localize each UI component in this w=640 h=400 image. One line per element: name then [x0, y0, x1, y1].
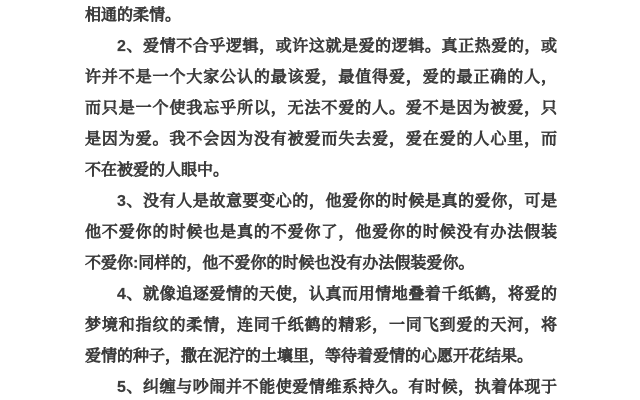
text-block: 相通的柔情。2、爱情不合乎逻辑，或许这就是爱的逻辑。真正热爱的，或许并不是一个大… — [85, 0, 557, 400]
text-line: 梦境和指纹的柔情，连同千纸鹤的精彩，一同飞到爱的天河，将 — [85, 310, 557, 341]
text-line: 不爱你:同样的，他不爱你的时候也没有办法假装爱你。 — [85, 248, 557, 279]
text-line: 不在被爱的人眼中。 — [85, 155, 557, 186]
text-line: 5、纠缠与吵闹并不能使爱情维系持久。有时候，执着体现于 — [85, 372, 557, 400]
text-line: 爱情的种子，撒在泥泞的土壤里，等待着爱情的心愿开花结果。 — [85, 341, 557, 372]
text-line: 相通的柔情。 — [85, 0, 557, 31]
text-line: 是因为爱。我不会因为没有被爱而失去爱，爱在爱的人心里，而 — [85, 124, 557, 155]
text-line: 而只是一个使我忘乎所以，无法不爱的人。爱不是因为被爱，只 — [85, 93, 557, 124]
text-line: 许并不是一个大家公认的最该爱，最值得爱，爱的最正确的人， — [85, 62, 557, 93]
text-line: 4、就像追逐爱情的天使，认真而用情地叠着千纸鹤，将爱的 — [85, 279, 557, 310]
text-line: 3、没有人是故意要变心的，他爱你的时候是真的爱你，可是 — [85, 186, 557, 217]
document-page: 相通的柔情。2、爱情不合乎逻辑，或许这就是爱的逻辑。真正热爱的，或许并不是一个大… — [0, 0, 640, 400]
text-line: 2、爱情不合乎逻辑，或许这就是爱的逻辑。真正热爱的，或 — [85, 31, 557, 62]
text-line: 他不爱你的时候也是真的不爱你了，他爱你的时候没有办法假装 — [85, 217, 557, 248]
